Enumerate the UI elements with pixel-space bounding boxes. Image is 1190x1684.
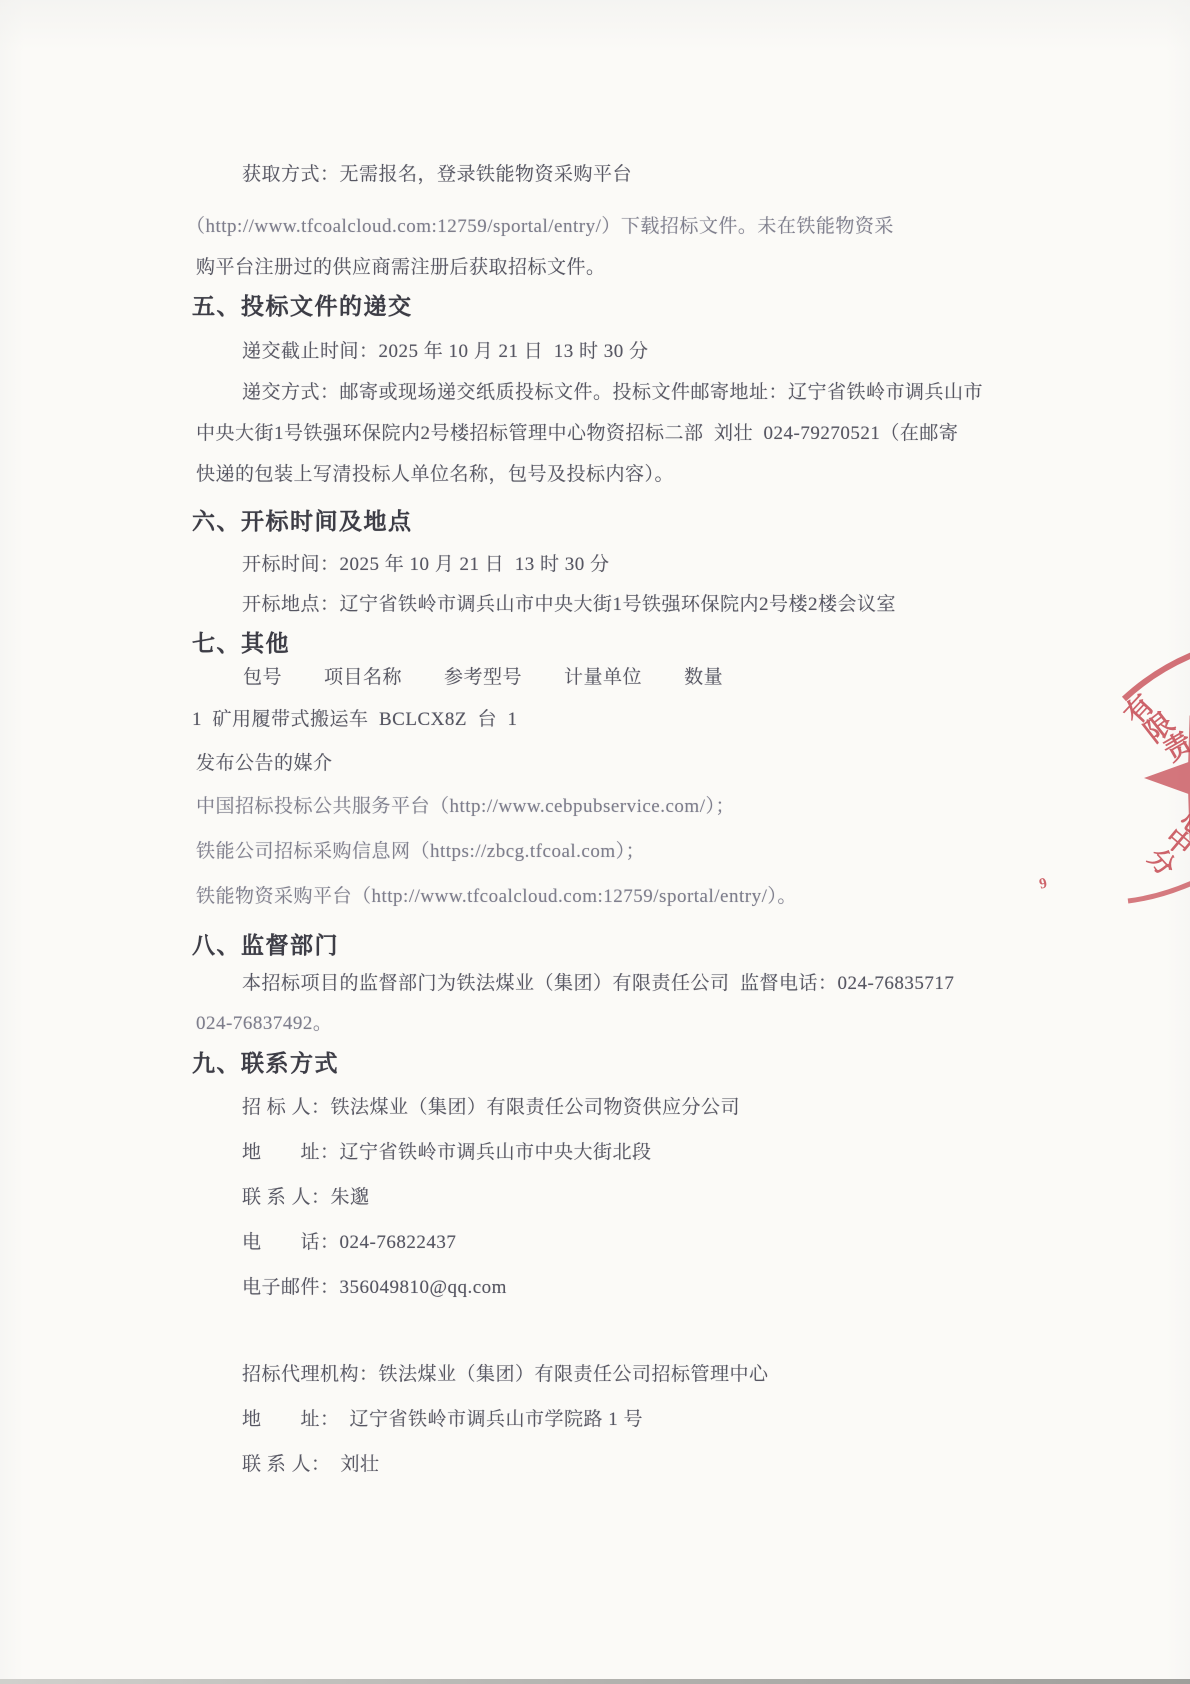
tenderer-line: 招 标 人：铁法煤业（集团）有限责任公司物资供应分公司 bbox=[242, 1096, 740, 1120]
paper-background: 获取方式：无需报名，登录铁能物资采购平台 （http://www.tfcoalc… bbox=[0, 0, 1190, 1684]
tenderer-email-line: 电子邮件：356049810@qq.com bbox=[242, 1276, 507, 1300]
media-platform-3: 铁能物资采购平台（http://www.tfcoalcloud.com:1275… bbox=[196, 885, 797, 909]
acquire-line-2: （http://www.tfcoalcloud.com:12759/sporta… bbox=[186, 215, 894, 239]
section5-method-line-3: 快递的包装上写清投标人单位名称，包号及投标内容）。 bbox=[196, 463, 674, 487]
section6-title: 六、开标时间及地点 bbox=[192, 508, 413, 536]
section5-title: 五、投标文件的递交 bbox=[192, 293, 413, 321]
agency-contact-line: 联 系 人： 刘壮 bbox=[242, 1453, 380, 1477]
tenderer-phone-line: 电 话：024-76822437 bbox=[242, 1231, 456, 1255]
media-platform-2: 铁能公司招标采购信息网（https://zbcg.tfcoal.com）； bbox=[196, 840, 645, 864]
red-company-seal: 有 限 责 分 中 心 9 bbox=[1000, 590, 1190, 920]
col-quantity: 数量 bbox=[684, 666, 723, 690]
section5-deadline: 递交截止时间：2025 年 10 月 21 日 13 时 30 分 bbox=[242, 340, 649, 364]
seal-serial-digit: 9 bbox=[1038, 875, 1049, 892]
col-package-no: 包号 bbox=[243, 666, 282, 690]
col-unit: 计量单位 bbox=[564, 666, 642, 690]
section7-title: 七、其他 bbox=[192, 630, 290, 658]
section5-method-line-1: 递交方式：邮寄或现场递交纸质投标文件。投标文件邮寄地址：辽宁省铁岭市调兵山市 bbox=[242, 381, 983, 405]
section8-title: 八、监督部门 bbox=[192, 932, 339, 960]
supervision-line-2: 024-76837492。 bbox=[196, 1012, 332, 1036]
seal-ring-bottom-arc bbox=[1128, 883, 1190, 901]
agency-address-line: 地 址： 辽宁省铁岭市调兵山市学院路 1 号 bbox=[242, 1408, 643, 1432]
acquire-line-1: 获取方式：无需报名，登录铁能物资采购平台 bbox=[242, 163, 632, 187]
agency-line: 招标代理机构：铁法煤业（集团）有限责任公司招标管理中心 bbox=[242, 1363, 769, 1387]
section9-title: 九、联系方式 bbox=[192, 1050, 339, 1078]
media-title: 发布公告的媒介 bbox=[196, 752, 333, 776]
section5-method-line-2: 中央大街1号铁强环保院内2号楼招标管理中心物资招标二部 刘壮 024-79270… bbox=[196, 422, 958, 446]
tenderer-address-line: 地 址：辽宁省铁岭市调兵山市中央大街北段 bbox=[242, 1141, 652, 1165]
package-table-header: 包号 项目名称 参考型号 计量单位 数量 bbox=[243, 666, 723, 690]
col-reference-model: 参考型号 bbox=[444, 666, 522, 690]
section6-open-time: 开标时间：2025 年 10 月 21 日 13 时 30 分 bbox=[242, 553, 610, 577]
acquire-line-3: 购平台注册过的供应商需注册后获取招标文件。 bbox=[196, 256, 606, 280]
col-project-name: 项目名称 bbox=[324, 666, 402, 690]
media-platform-1: 中国招标投标公共服务平台（http://www.cebpubservice.co… bbox=[196, 795, 735, 819]
scan-bottom-edge bbox=[0, 1679, 1190, 1684]
package-table-row: 1 矿用履带式搬运车 BCLCX8Z 台 1 bbox=[192, 708, 517, 732]
scanned-tender-notice-page: { "doc": { "acquire": { "line1": "获取方式：无… bbox=[0, 0, 1190, 1684]
section6-open-place: 开标地点：辽宁省铁岭市调兵山市中央大街1号铁强环保院内2号楼2楼会议室 bbox=[242, 593, 896, 617]
supervision-line-1: 本招标项目的监督部门为铁法煤业（集团）有限责任公司 监督电话：024-76835… bbox=[242, 972, 954, 996]
tenderer-contact-line: 联 系 人：朱邈 bbox=[242, 1186, 370, 1210]
